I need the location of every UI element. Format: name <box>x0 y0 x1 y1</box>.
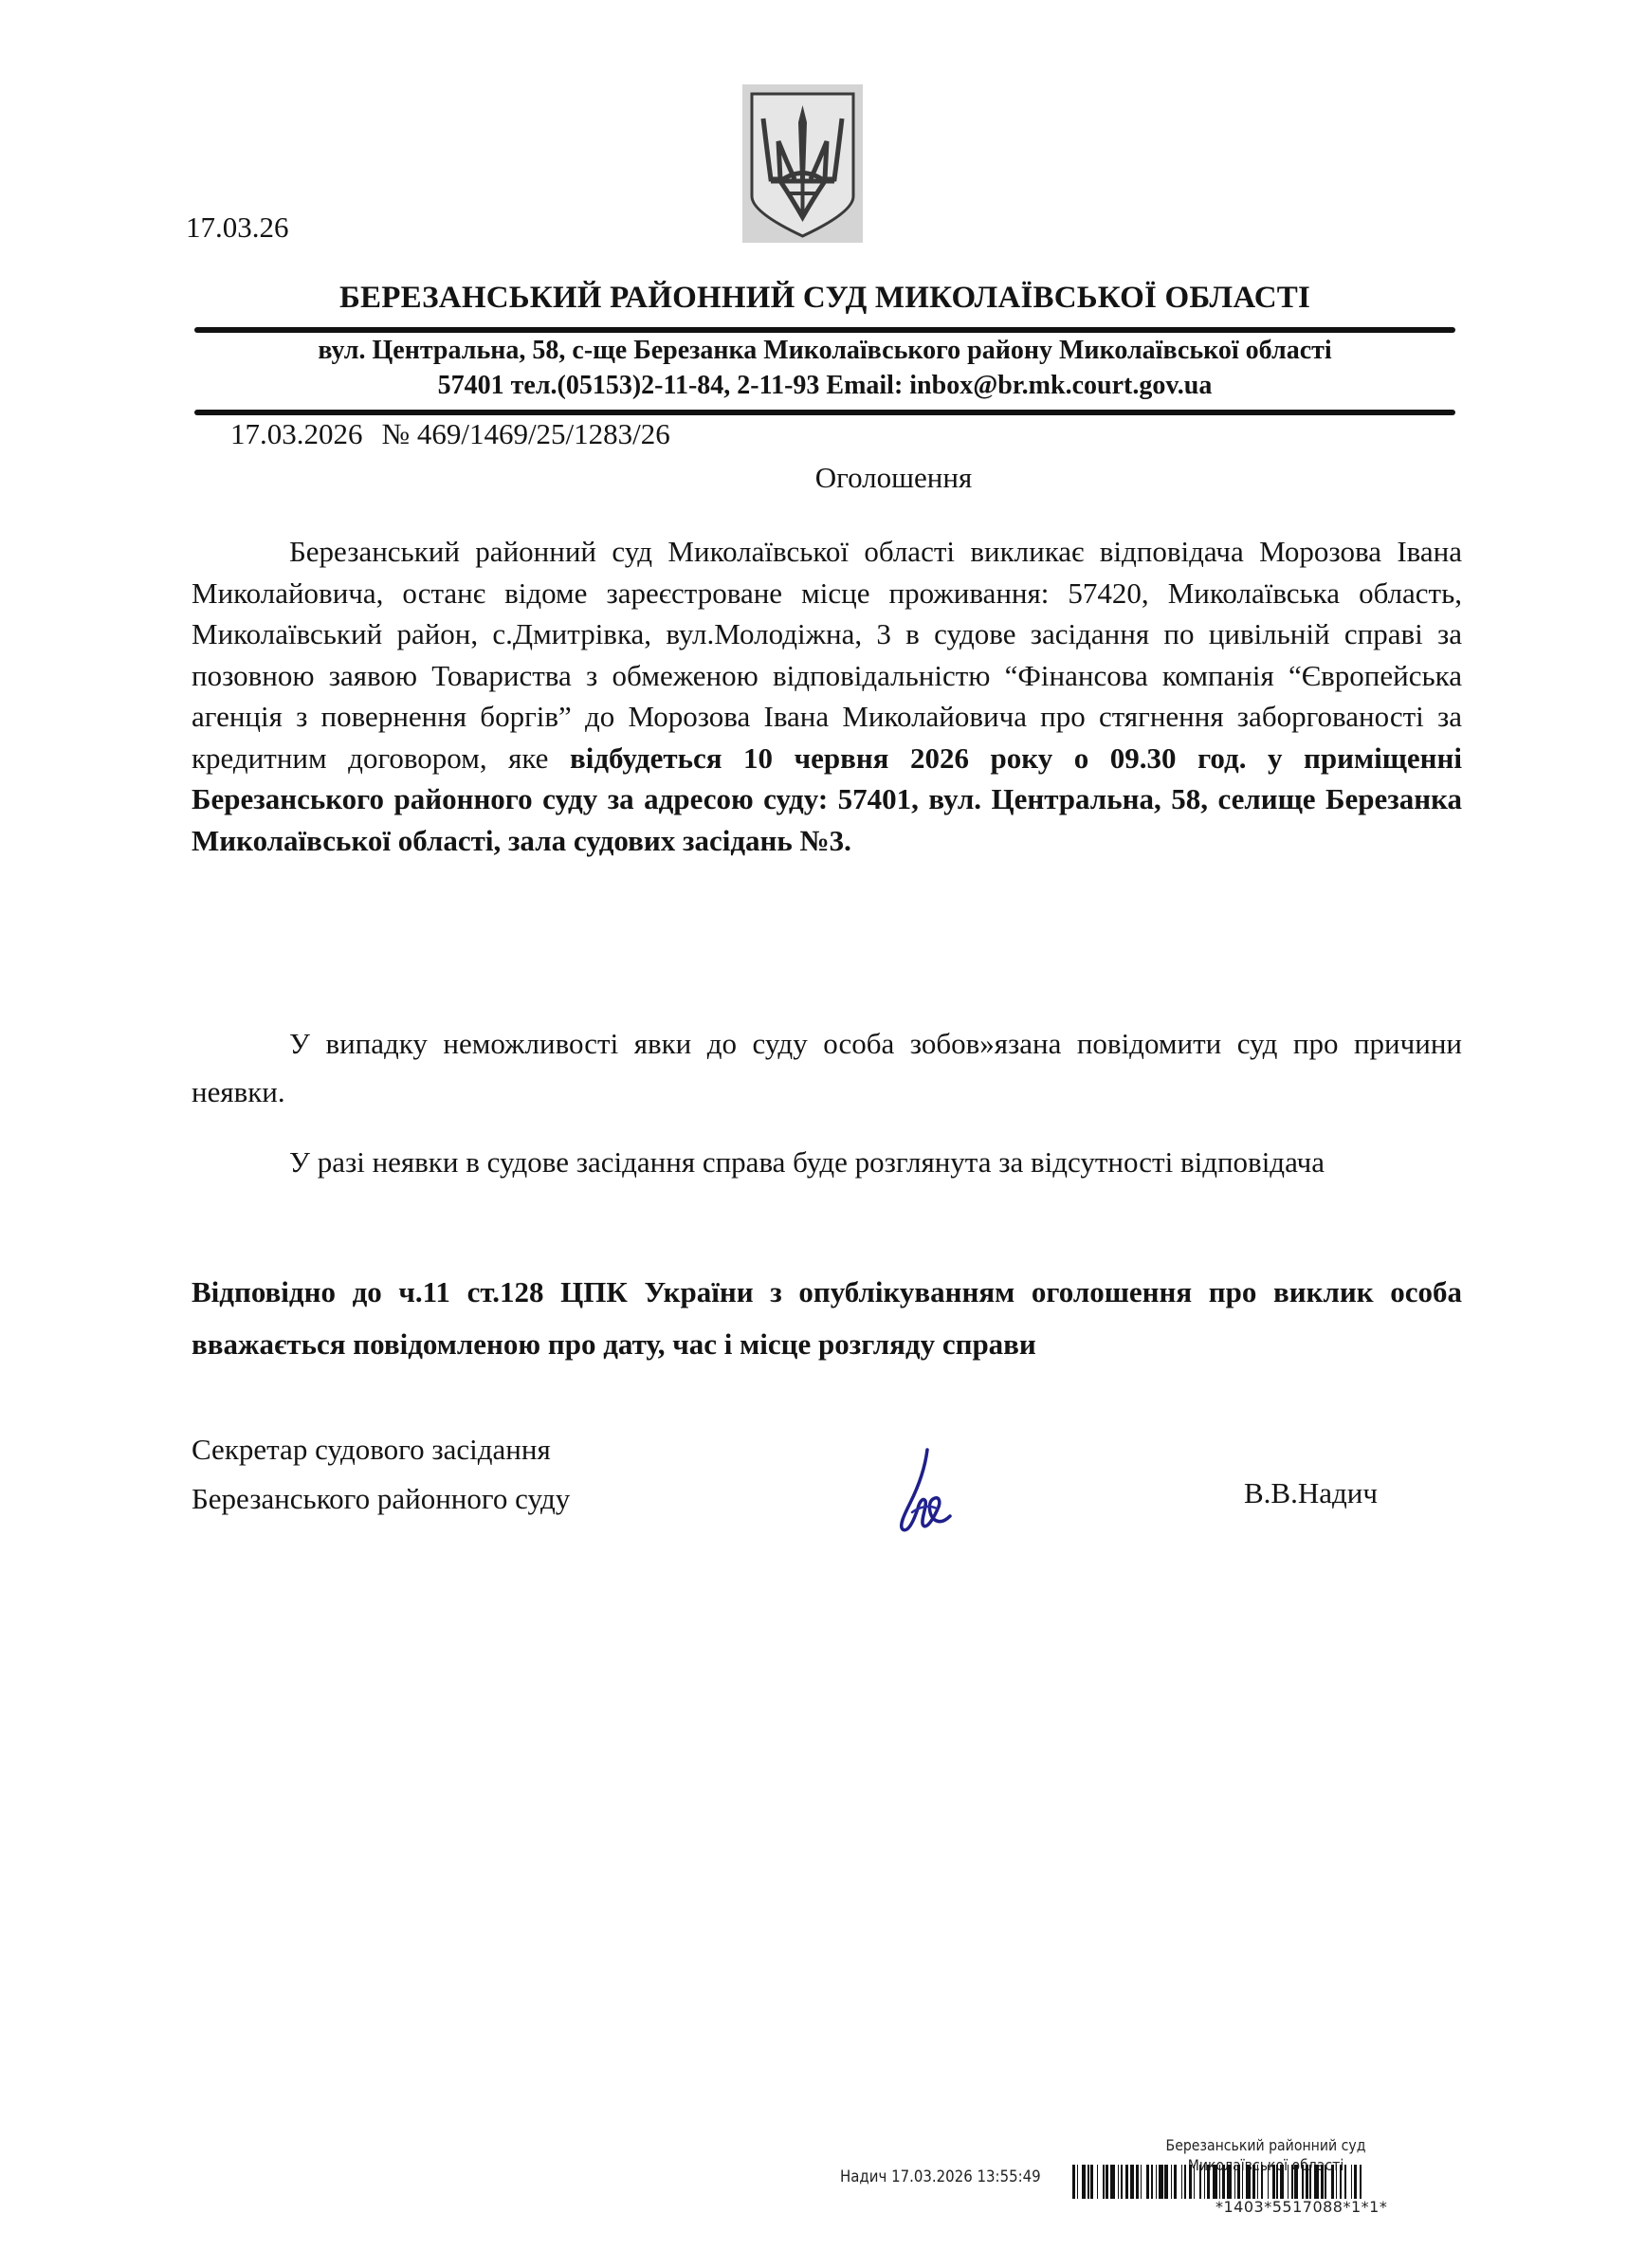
stamp-org-line-1: Березанський районний суд <box>1111 2135 1420 2155</box>
ukraine-coat-of-arms-icon <box>742 84 863 243</box>
summons-text: Березанський районний суд Миколаївської … <box>192 535 1462 775</box>
short-date: 17.03.26 <box>186 210 289 245</box>
signatory-position-line-1: Секретар судового засідання <box>192 1425 570 1474</box>
reference-date: 17.03.2026 <box>230 417 363 450</box>
registration-stamp-user-time: Надич 17.03.2026 13:55:49 <box>840 2167 1041 2186</box>
court-contacts: 57401 тел.(05153)2-11-84, 2-11-93 Email:… <box>194 371 1455 401</box>
court-address: вул. Центральна, 58, с-ще Березанка Мико… <box>194 336 1455 366</box>
barcode-text: *1403*5517088*1*1* <box>1215 2198 1387 2216</box>
legal-basis-paragraph: Відповідно до ч.11 ст.128 ЦПК України з … <box>192 1266 1462 1370</box>
barcode-icon <box>1072 2165 1516 2199</box>
reference-number: № 469/1469/25/1283/26 <box>382 417 670 450</box>
reference-line: 17.03.2026№ 469/1469/25/1283/26 <box>230 417 670 451</box>
court-name-heading: БЕРЕЗАНСЬКИЙ РАЙОННИЙ СУД МИКОЛАЇВСЬКОЇ … <box>194 281 1455 316</box>
letterhead-divider-top <box>194 327 1455 333</box>
summons-paragraph: Березанський районний суд Миколаївської … <box>192 531 1462 861</box>
absence-notice-paragraph: У випадку неможливості явки до суду особ… <box>192 1019 1462 1116</box>
signatory-position-line-2: Березанського районного суду <box>192 1474 570 1524</box>
signatory-position: Секретар судового засідання Березанськог… <box>192 1425 570 1524</box>
signatory-name: В.В.Надич <box>1244 1476 1378 1510</box>
default-hearing-paragraph: У разі неявки в судове засідання справа … <box>192 1138 1462 1186</box>
letterhead-divider-bottom <box>194 410 1455 415</box>
handwritten-signature-icon <box>891 1446 958 1536</box>
document-title: Оголошення <box>0 461 1645 495</box>
